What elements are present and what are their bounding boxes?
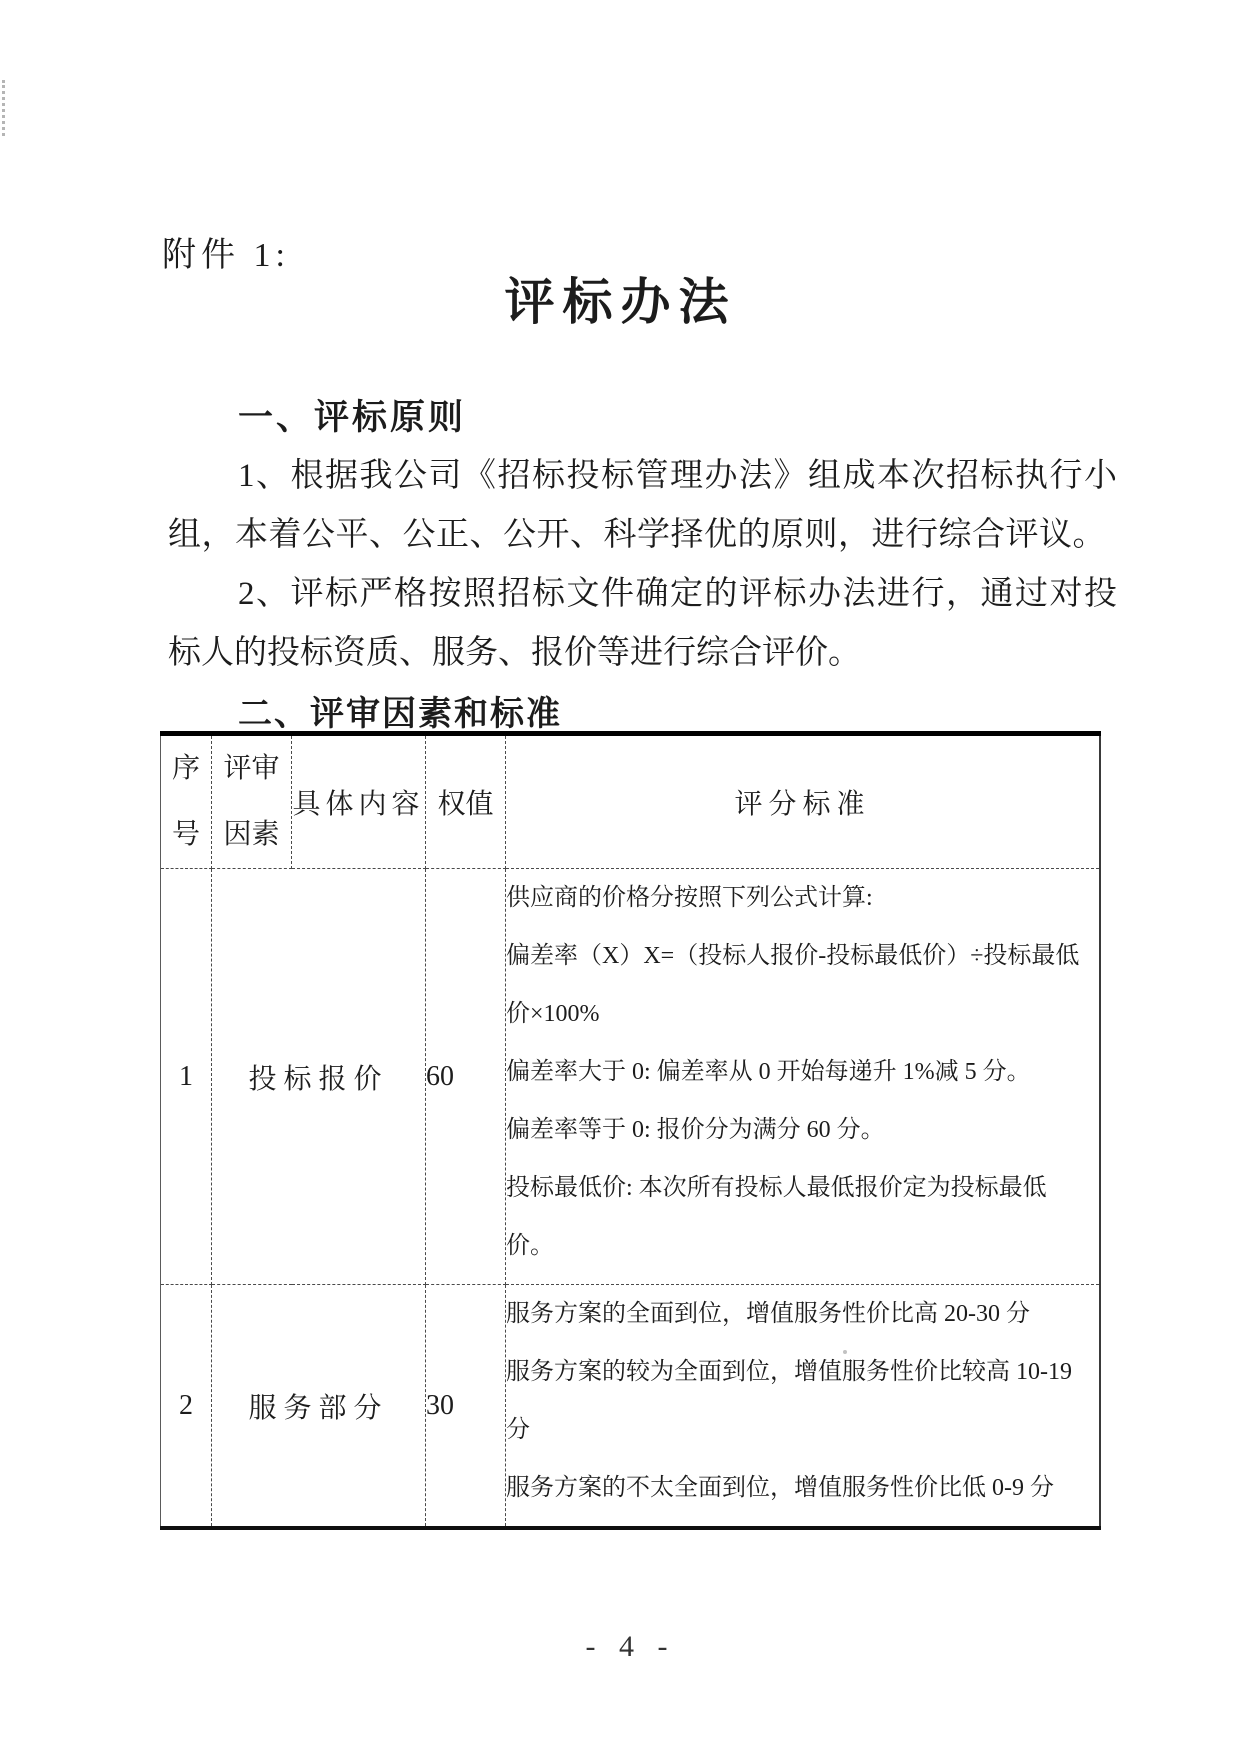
page-number: - 4 - xyxy=(160,1630,1101,1664)
col-header-seq: 序 号 xyxy=(161,734,212,869)
criteria-line: 服务方案的全面到位，增值服务性价比高 20-30 分 xyxy=(506,1285,1099,1343)
paragraph-line: 2、评标严格按照招标文件确定的评标办法进行，通过对投 xyxy=(238,567,1119,614)
section-1-heading: 一、评标原则 xyxy=(238,390,466,440)
criteria-line: 价×100% xyxy=(506,985,1099,1043)
paragraph-line: 标人的投标资质、服务、报价等进行综合评价。 xyxy=(168,626,861,673)
page-title: 评标办法 xyxy=(150,262,1091,334)
col-header-weight: 权值 xyxy=(426,734,506,869)
paragraph-line: 1、根据我公司《招标投标管理办法》组成本次招标执行小 xyxy=(238,449,1119,496)
section-2-heading: 二、评审因素和标准 xyxy=(238,686,562,735)
seq-cell: 1 xyxy=(161,869,212,1285)
scan-artifact xyxy=(2,80,8,136)
seq-cell: 2 xyxy=(161,1285,212,1529)
table-row: 2 服务部分 30 服务方案的全面到位，增值服务性价比高 20-30 分 服务方… xyxy=(161,1285,1101,1529)
document-page: 附件 1: 评标办法 一、评标原则 1、根据我公司《招标投标管理办法》组成本次招… xyxy=(0,0,1242,1754)
col-header-factor: 评审 因素 xyxy=(212,734,292,869)
criteria-line: 服务方案的不太全面到位，增值服务性价比低 0-9 分 xyxy=(506,1459,1099,1517)
table-row: 1 投标报价 60 供应商的价格分按照下列公式计算: 偏差率（X）X=（投标人报… xyxy=(161,869,1101,1285)
table-header-row: 序 号 评审 因素 具体内容 权值 评分标准 xyxy=(161,734,1101,869)
criteria-line: 偏差率等于 0: 报价分为满分 60 分。 xyxy=(506,1101,1099,1159)
factor-content-cell: 服务部分 xyxy=(212,1285,426,1529)
criteria-line: 偏差率大于 0: 偏差率从 0 开始每递升 1%减 5 分。 xyxy=(506,1043,1099,1101)
criteria-table: 序 号 评审 因素 具体内容 权值 评分标准 1 投标报价 60 供应商的价格分… xyxy=(160,731,1101,1530)
criteria-line: 服务方案的较为全面到位，增值服务性价比较高 10-19 xyxy=(506,1343,1099,1401)
weight-cell: 30 xyxy=(426,1285,506,1529)
criteria-line: 分 xyxy=(506,1401,1099,1459)
criteria-cell: 服务方案的全面到位，增值服务性价比高 20-30 分 服务方案的较为全面到位，增… xyxy=(506,1285,1101,1529)
col-header-criteria: 评分标准 xyxy=(506,734,1101,869)
criteria-line: 价。 xyxy=(506,1217,1099,1275)
criteria-line: 投标最低价: 本次所有投标人最低报价定为投标最低 xyxy=(506,1159,1099,1217)
paragraph-line: 组，本着公平、公正、公开、科学择优的原则，进行综合评议。 xyxy=(168,508,1106,555)
factor-content-cell: 投标报价 xyxy=(212,869,426,1285)
criteria-cell: 供应商的价格分按照下列公式计算: 偏差率（X）X=（投标人报价-投标最低价）÷投… xyxy=(506,869,1101,1285)
criteria-line: 偏差率（X）X=（投标人报价-投标最低价）÷投标最低 xyxy=(506,927,1099,985)
col-header-content: 具体内容 xyxy=(292,734,426,869)
weight-cell: 60 xyxy=(426,869,506,1285)
criteria-line: 供应商的价格分按照下列公式计算: xyxy=(506,869,1099,927)
